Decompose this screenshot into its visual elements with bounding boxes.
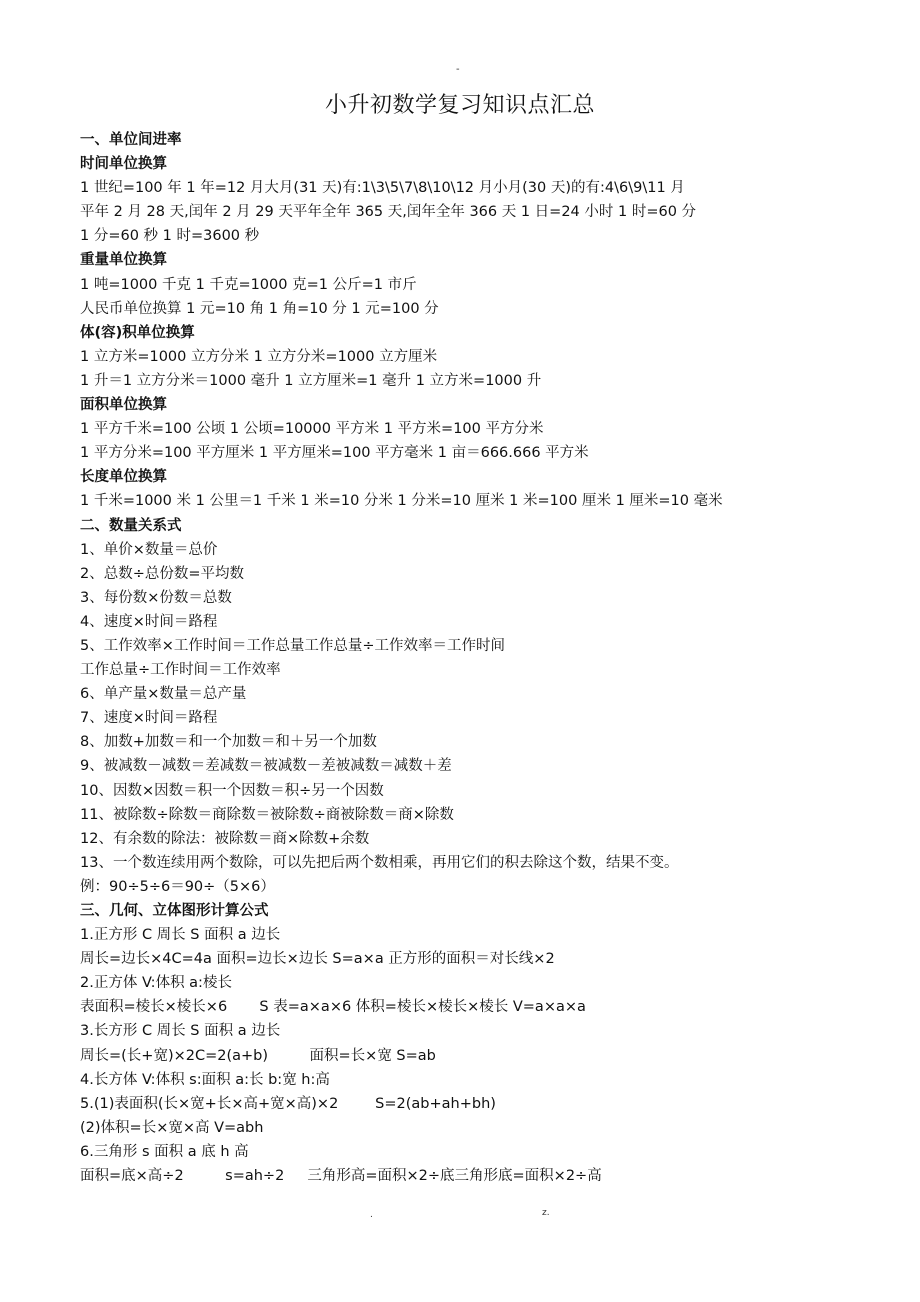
text-line: 6.三角形 s 面积 a 底 h 高 [80,1140,860,1164]
text-line: 13、一个数连续用两个数除，可以先把后两个数相乘，再用它们的积去除这个数，结果不… [80,851,860,875]
text-line: 1 吨=1000 千克 1 千克=1000 克=1 公斤=1 市斤 [80,273,860,297]
text-line: 面积=底×高÷2 s=ah÷2 三角形高=面积×2÷底三角形底=面积×2÷高 [80,1164,860,1188]
text-line: 工作总量÷工作时间＝工作效率 [80,658,860,682]
section-heading: 时间单位换算 [80,152,860,176]
section-heading: 一、单位间进率 [80,128,860,152]
text-line: 周长=边长×4C=4a 面积=边长×边长 S=a×a 正方形的面积＝对长线×2 [80,947,860,971]
document-body: 一、单位间进率时间单位换算1 世纪=100 年 1 年=12 月大月(31 天)… [80,128,860,1188]
text-line: 1.正方形 C 周长 S 面积 a 边长 [80,923,860,947]
section-heading: 三、几何、立体图形计算公式 [80,899,860,923]
section-heading: 面积单位换算 [80,393,860,417]
text-line: 3.长方形 C 周长 S 面积 a 边长 [80,1019,860,1043]
footer-mark-left: . [370,1210,373,1220]
text-line: 平年 2 月 28 天,闰年 2 月 29 天平年全年 365 天,闰年全年 3… [80,200,860,224]
footer-mark-right: z. [542,1208,550,1218]
text-line: 11、被除数÷除数＝商除数＝被除数÷商被除数＝商×除数 [80,803,860,827]
text-line: 2、总数÷总份数=平均数 [80,562,860,586]
section-heading: 体(容)积单位换算 [80,321,860,345]
text-line: 1、单价×数量＝总价 [80,538,860,562]
page-title: 小升初数学复习知识点汇总 [0,88,920,119]
text-line: 4、速度×时间＝路程 [80,610,860,634]
text-line: 例：90÷5÷6＝90÷（5×6） [80,875,860,899]
text-line: 5.(1)表面积(长×宽+长×高+宽×高)×2 S=2(ab+ah+bh) [80,1092,860,1116]
text-line: 7、速度×时间＝路程 [80,706,860,730]
text-line: 2.正方体 V:体积 a:棱长 [80,971,860,995]
text-line: 1 千米=1000 米 1 公里＝1 千米 1 米=10 分米 1 分米=10 … [80,489,860,513]
text-line: 3、每份数×份数＝总数 [80,586,860,610]
text-line: 1 升＝1 立方分米＝1000 毫升 1 立方厘米=1 毫升 1 立方米=100… [80,369,860,393]
section-heading: 二、数量关系式 [80,514,860,538]
text-line: 1 立方米=1000 立方分米 1 立方分米=1000 立方厘米 [80,345,860,369]
text-line: 4.长方体 V:体积 s:面积 a:长 b:宽 h:高 [80,1068,860,1092]
text-line: 6、单产量×数量＝总产量 [80,682,860,706]
text-line: (2)体积=长×宽×高 V=abh [80,1116,860,1140]
text-line: 1 平方千米=100 公顷 1 公顷=10000 平方米 1 平方米=100 平… [80,417,860,441]
text-line: 8、加数+加数＝和一个加数＝和＋另一个加数 [80,730,860,754]
header-mark: - [456,64,460,75]
text-line: 周长=(长+宽)×2C=2(a+b) 面积=长×宽 S=ab [80,1044,860,1068]
text-line: 1 世纪=100 年 1 年=12 月大月(31 天)有:1\3\5\7\8\1… [80,176,860,200]
text-line: 人民币单位换算 1 元=10 角 1 角=10 分 1 元=100 分 [80,297,860,321]
text-line: 9、被减数－减数＝差减数＝被减数－差被减数＝减数＋差 [80,754,860,778]
text-line: 10、因数×因数＝积一个因数＝积÷另一个因数 [80,779,860,803]
text-line: 12、有余数的除法：被除数＝商×除数+余数 [80,827,860,851]
text-line: 1 分=60 秒 1 时=3600 秒 [80,224,860,248]
text-line: 1 平方分米=100 平方厘米 1 平方厘米=100 平方毫米 1 亩＝666.… [80,441,860,465]
section-heading: 重量单位换算 [80,248,860,272]
text-line: 表面积=棱长×棱长×6 S 表=a×a×6 体积=棱长×棱长×棱长 V=a×a×… [80,995,860,1019]
section-heading: 长度单位换算 [80,465,860,489]
text-line: 5、工作效率×工作时间＝工作总量工作总量÷工作效率＝工作时间 [80,634,860,658]
